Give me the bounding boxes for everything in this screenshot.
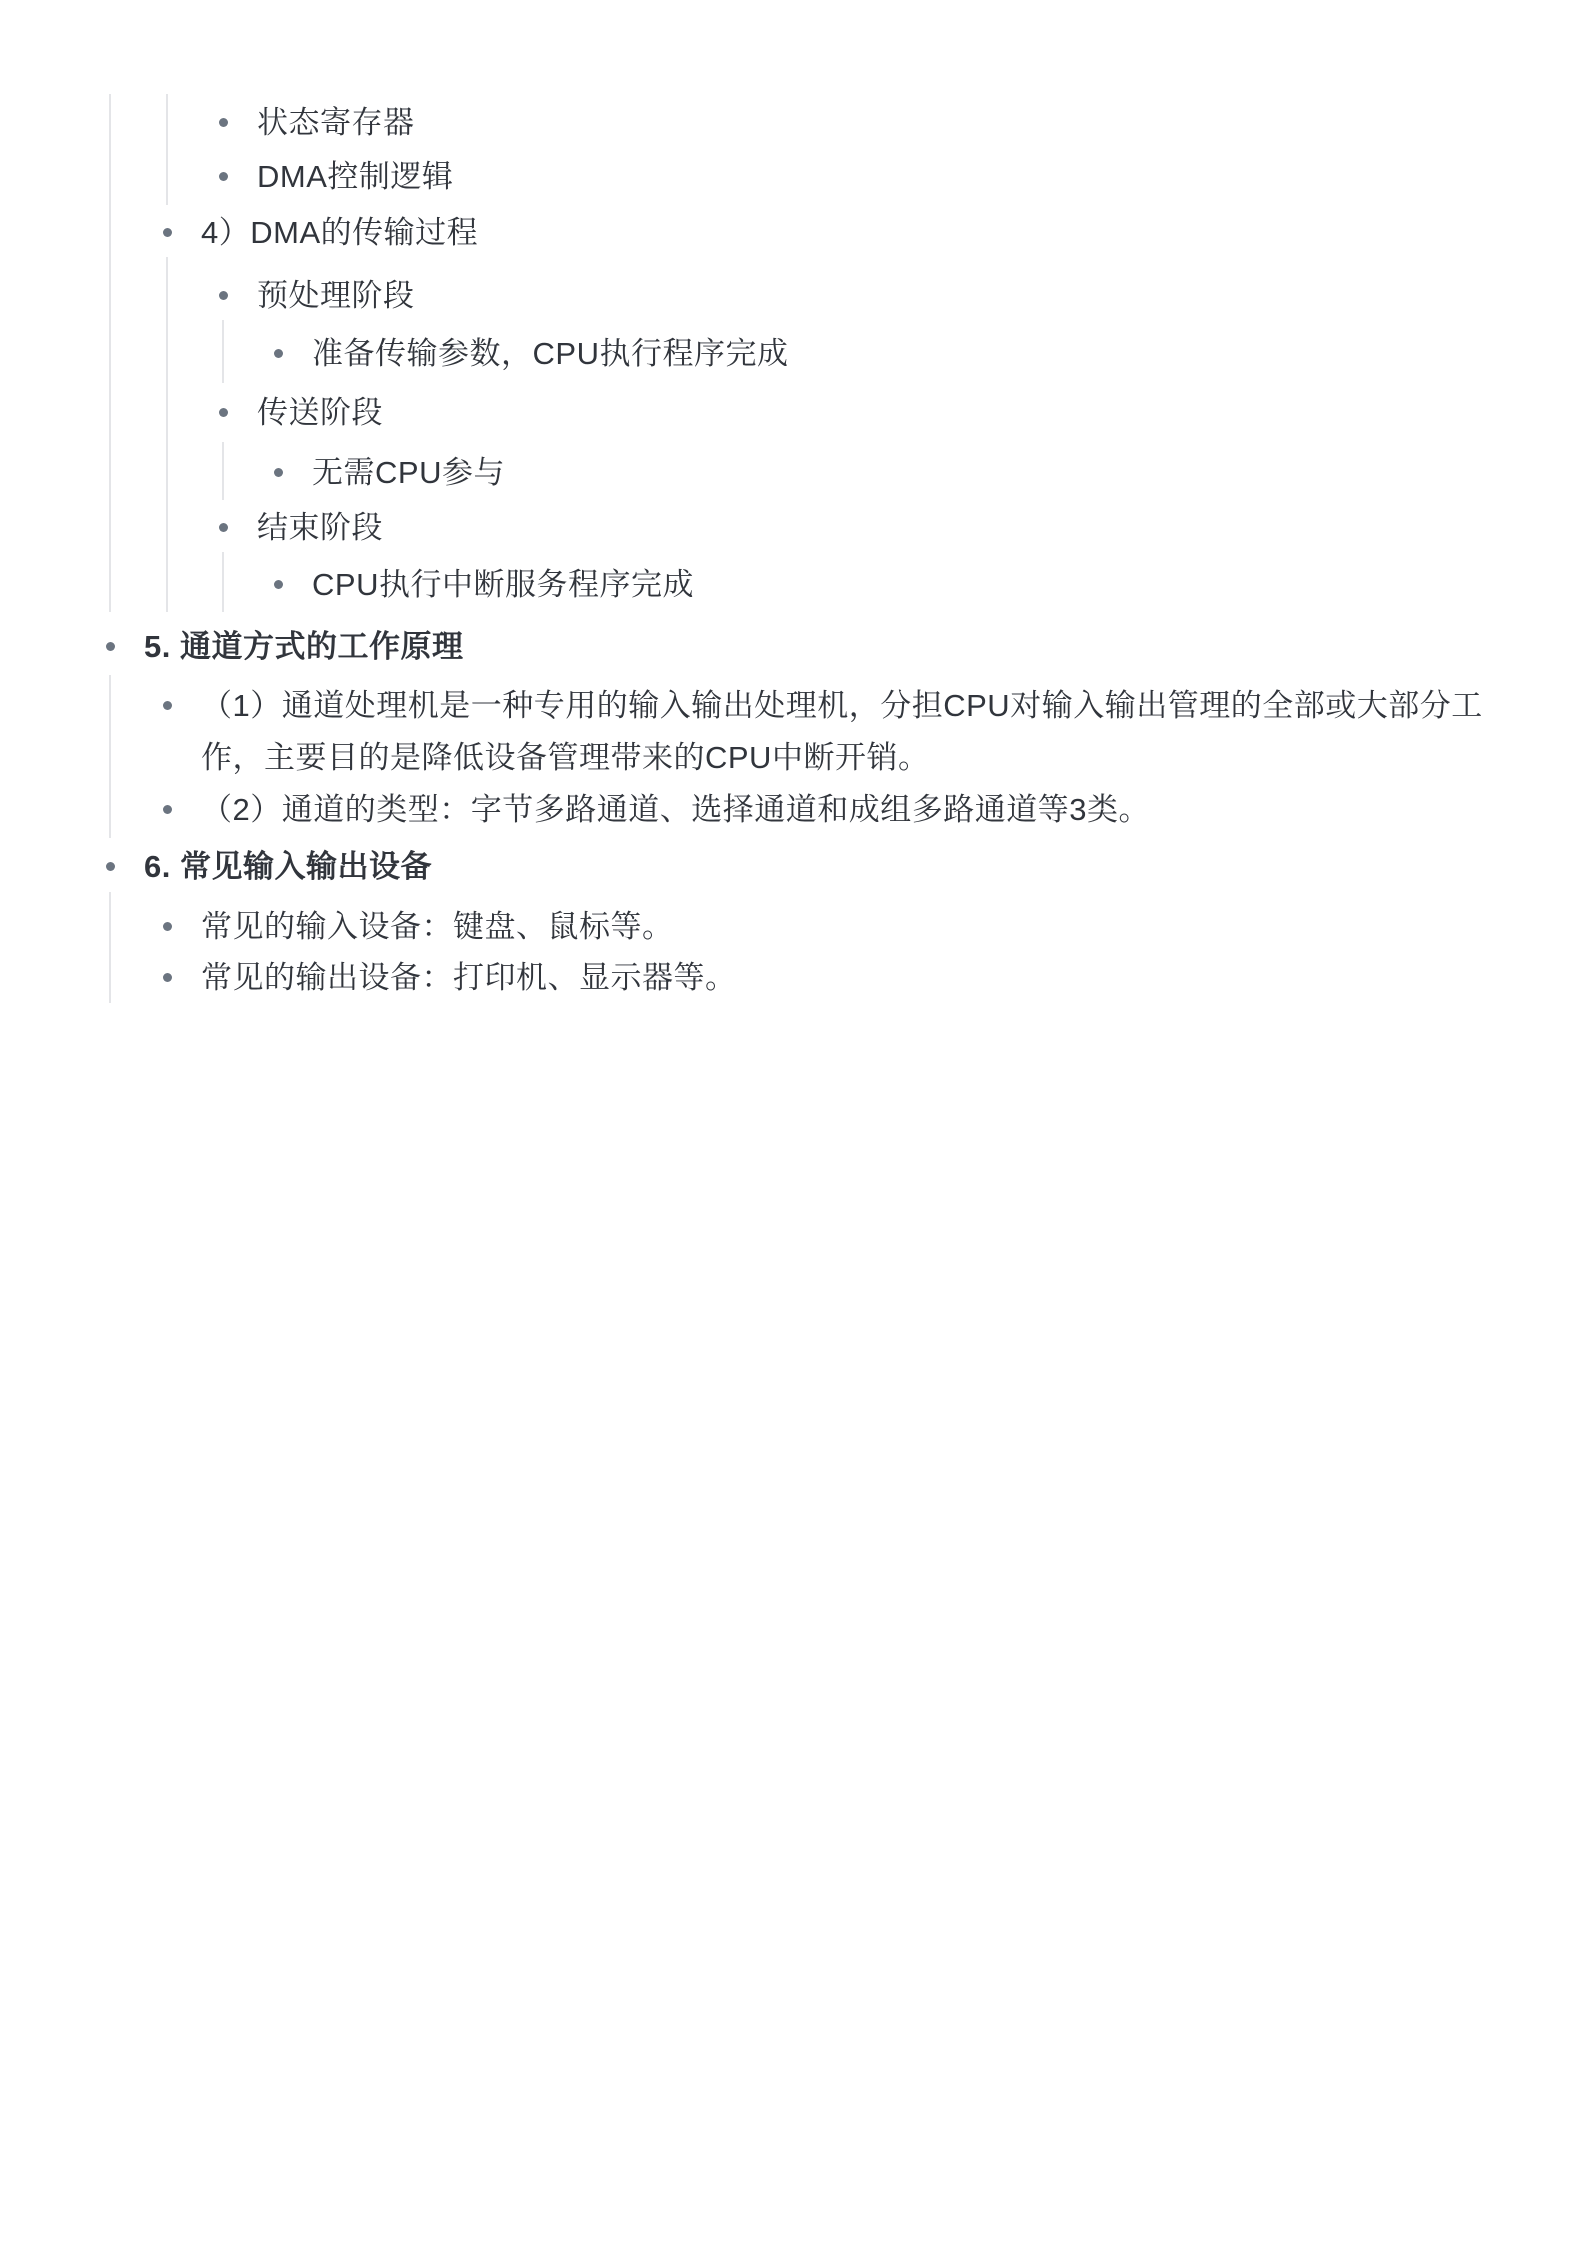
outline-item-text: 无需CPU参与	[312, 450, 505, 495]
bullet-icon	[163, 805, 172, 814]
outline-item-text: 预处理阶段	[257, 273, 415, 318]
outline-item-text: 结束阶段	[257, 505, 383, 550]
tree-guide-line	[166, 94, 168, 205]
outline-item: 准备传输参数，CPU执行程序完成	[274, 331, 788, 376]
outline-item: 4）DMA的传输过程	[163, 210, 478, 255]
outline-item: 结束阶段	[219, 505, 383, 550]
outline-section-title: 6. 常见输入输出设备	[106, 844, 432, 889]
outline-item-text: 6. 常见输入输出设备	[144, 844, 432, 889]
document-page: 状态寄存器 DMA控制逻辑 4）DMA的传输过程 预处理阶段 准备传输参数，CP…	[0, 0, 1586, 2245]
outline-item: DMA控制逻辑	[219, 154, 453, 199]
bullet-icon	[163, 973, 172, 982]
outline-item-text: DMA控制逻辑	[257, 154, 453, 199]
outline-item-text: （2）通道的类型：字节多路通道、选择通道和成组多路通道等3类。	[201, 787, 1150, 832]
bullet-icon	[219, 523, 228, 532]
tree-guide-line	[109, 94, 111, 612]
tree-guide-line	[222, 442, 224, 500]
tree-guide-line	[222, 320, 224, 383]
outline-item: （1）通道处理机是一种专用的输入输出处理机，分担CPU对输入输出管理的全部或大部…	[163, 680, 1511, 784]
bullet-icon	[163, 228, 172, 237]
outline-item-text: 常见的输出设备：打印机、显示器等。	[201, 955, 737, 1000]
outline-section-title: 5. 通道方式的工作原理	[106, 624, 463, 669]
outline-item: 无需CPU参与	[274, 450, 505, 495]
bullet-icon	[106, 642, 115, 651]
outline-item: 常见的输出设备：打印机、显示器等。	[163, 955, 737, 1000]
bullet-icon	[219, 172, 228, 181]
outline-item-text: 准备传输参数，CPU执行程序完成	[312, 331, 788, 376]
outline-item: 传送阶段	[219, 390, 383, 435]
outline-item-text: （1）通道处理机是一种专用的输入输出处理机，分担CPU对输入输出管理的全部或大部…	[201, 680, 1511, 784]
bullet-icon	[163, 922, 172, 931]
bullet-icon	[219, 408, 228, 417]
bullet-icon	[219, 118, 228, 127]
outline-item: 预处理阶段	[219, 273, 415, 318]
outline-item-text: 传送阶段	[257, 390, 383, 435]
tree-guide-line	[109, 675, 111, 838]
outline-item-text: 状态寄存器	[257, 100, 415, 145]
tree-guide-line	[166, 257, 168, 612]
bullet-icon	[274, 468, 283, 477]
bullet-icon	[274, 580, 283, 589]
tree-guide-line	[109, 892, 111, 1003]
outline-item-text: 5. 通道方式的工作原理	[144, 624, 463, 669]
bullet-icon	[106, 862, 115, 871]
outline-item: CPU执行中断服务程序完成	[274, 562, 694, 607]
outline-item: 常见的输入设备：键盘、鼠标等。	[163, 904, 674, 949]
bullet-icon	[274, 349, 283, 358]
bullet-icon	[163, 701, 172, 710]
tree-guide-line	[222, 552, 224, 612]
outline-item: （2）通道的类型：字节多路通道、选择通道和成组多路通道等3类。	[163, 787, 1150, 832]
bullet-icon	[219, 291, 228, 300]
outline-item-text: 4）DMA的传输过程	[201, 210, 478, 255]
outline-item-text: CPU执行中断服务程序完成	[312, 562, 694, 607]
outline-item: 状态寄存器	[219, 100, 415, 145]
outline-item-text: 常见的输入设备：键盘、鼠标等。	[201, 904, 674, 949]
